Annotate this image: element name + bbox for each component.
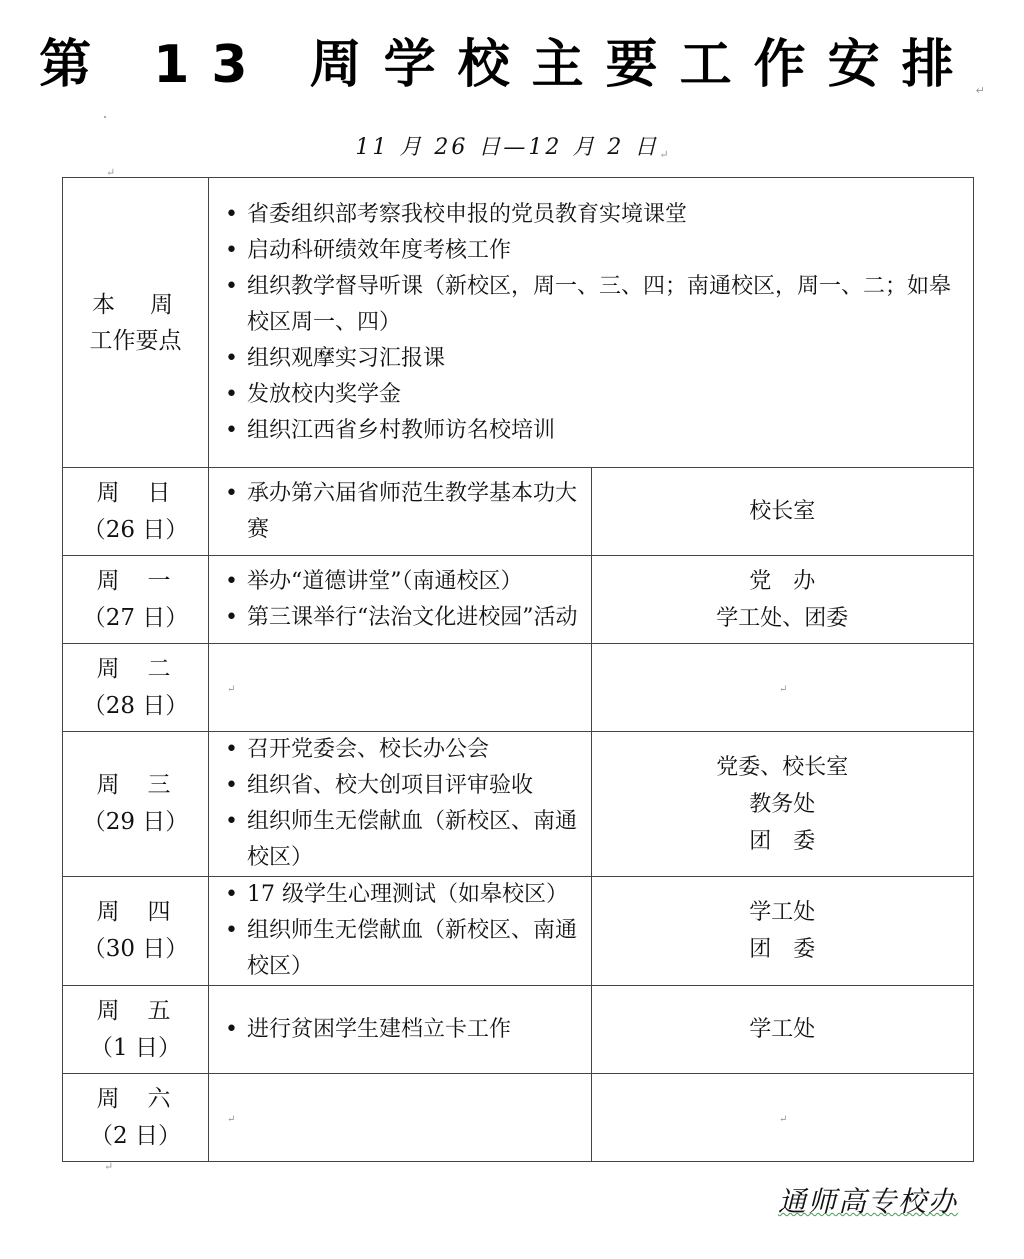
bullet-icon: • — [225, 1012, 247, 1048]
responsible-dept: 团 委 — [592, 931, 974, 968]
day-cell: 周四（30 日） — [63, 877, 209, 986]
list-item: •组织省、校大创项目评审验收 — [225, 768, 583, 804]
bullet-icon: • — [225, 804, 247, 876]
bullet-icon: • — [225, 341, 247, 377]
paragraph-mark: ↵ — [227, 684, 235, 695]
signature: 通师高专校办 — [778, 1180, 958, 1220]
responsible-dept: 党委、校长室 — [592, 749, 974, 786]
dept-cell: 校长室 — [591, 468, 974, 556]
responsible-dept: 学工处 — [592, 1011, 974, 1048]
bullet-icon: • — [225, 564, 247, 600]
focus-item: •启动科研绩效年度考核工作 — [225, 233, 965, 269]
focus-item: •组织观摩实习汇报课 — [225, 341, 965, 377]
dept-cell: 党 办学工处、团委 — [591, 556, 974, 644]
list-item: •召开党委会、校长办公会 — [225, 732, 583, 768]
day-cell: 周六（2 日） — [63, 1074, 209, 1162]
focus-items: •省委组织部考察我校申报的党员教育实境课堂•启动科研绩效年度考核工作•组织教学督… — [209, 178, 974, 468]
day-cell: 周三（29 日） — [63, 732, 209, 877]
bullet-icon: • — [225, 913, 247, 985]
bullet-icon: • — [225, 768, 247, 804]
schedule-table: 本 周 工作要点 •省委组织部考察我校申报的党员教育实境课堂•启动科研绩效年度考… — [62, 177, 974, 1162]
paragraph-mark: ↵ — [104, 1160, 113, 1173]
paragraph-mark: ↵ — [227, 1114, 235, 1125]
focus-row: 本 周 工作要点 •省委组织部考察我校申报的党员教育实境课堂•启动科研绩效年度考… — [63, 178, 974, 468]
list-item: •17 级学生心理测试（如皋校区） — [225, 877, 583, 913]
day-cell: 周五（1 日） — [63, 986, 209, 1074]
day-items: •进行贫困学生建档立卡工作 — [209, 986, 592, 1074]
responsible-dept: 党 办 — [592, 563, 974, 600]
focus-item: •发放校内奖学金 — [225, 377, 965, 413]
list-item: •第三课举行“法治文化进校园”活动 — [225, 600, 583, 636]
day-items: •举办“道德讲堂”（南通校区）•第三课举行“法治文化进校园”活动 — [209, 556, 592, 644]
bullet-icon: • — [225, 197, 247, 233]
list-item: •举办“道德讲堂”（南通校区） — [225, 564, 583, 600]
dept-cell: ↵ — [591, 1074, 974, 1162]
bullet-icon: • — [225, 476, 247, 548]
day-row: 周三（29 日）•召开党委会、校长办公会•组织省、校大创项目评审验收•组织师生无… — [63, 732, 974, 877]
list-item: •组织师生无偿献血（新校区、南通校区） — [225, 913, 583, 985]
bullet-icon: • — [225, 732, 247, 768]
responsible-dept: 学工处 — [592, 894, 974, 931]
dept-cell: 学工处 — [591, 986, 974, 1074]
list-item: •组织师生无偿献血（新校区、南通校区） — [225, 804, 583, 876]
bullet-icon: • — [225, 377, 247, 413]
date-range: 11 月 26 日—12 月 2 日↵ — [0, 130, 1024, 161]
day-row: 周一（27 日）•举办“道德讲堂”（南通校区）•第三课举行“法治文化进校园”活动… — [63, 556, 974, 644]
stray-mark — [104, 116, 106, 118]
page-title: 第 13 周学校主要工作安排↵ — [0, 22, 1024, 97]
day-row: 周四（30 日）•17 级学生心理测试（如皋校区）•组织师生无偿献血（新校区、南… — [63, 877, 974, 986]
day-row: 周日（26 日）•承办第六届省师范生教学基本功大赛校长室 — [63, 468, 974, 556]
focus-item: •组织教学督导听课（新校区，周一、三、四；南通校区，周一、二；如皋校区周一、四） — [225, 269, 965, 341]
responsible-dept: 团 委 — [592, 823, 974, 860]
bullet-icon: • — [225, 413, 247, 449]
dept-cell: 学工处团 委 — [591, 877, 974, 986]
day-row: 周二（28 日）↵↵ — [63, 644, 974, 732]
responsible-dept: 教务处 — [592, 786, 974, 823]
focus-item: •组织江西省乡村教师访名校培训 — [225, 413, 965, 449]
day-row: 周五（1 日）•进行贫困学生建档立卡工作学工处 — [63, 986, 974, 1074]
responsible-dept: 校长室 — [592, 493, 974, 530]
day-items: ↵ — [209, 1074, 592, 1162]
day-cell: 周二（28 日） — [63, 644, 209, 732]
bullet-icon: • — [225, 600, 247, 636]
day-items: ↵ — [209, 644, 592, 732]
bullet-icon: • — [225, 269, 247, 341]
paragraph-mark: ↵ — [779, 684, 787, 695]
day-items: •承办第六届省师范生教学基本功大赛 — [209, 468, 592, 556]
list-item: •进行贫困学生建档立卡工作 — [225, 1012, 583, 1048]
bullet-icon: • — [225, 877, 247, 913]
responsible-dept: 学工处、团委 — [592, 600, 974, 637]
day-cell: 周一（27 日） — [63, 556, 209, 644]
day-items: •召开党委会、校长办公会•组织省、校大创项目评审验收•组织师生无偿献血（新校区、… — [209, 732, 592, 877]
day-items: •17 级学生心理测试（如皋校区）•组织师生无偿献血（新校区、南通校区） — [209, 877, 592, 986]
day-cell: 周日（26 日） — [63, 468, 209, 556]
paragraph-mark: ↵ — [779, 1114, 787, 1125]
list-item: •承办第六届省师范生教学基本功大赛 — [225, 476, 583, 548]
bullet-icon: • — [225, 233, 247, 269]
dept-cell: 党委、校长室教务处团 委 — [591, 732, 974, 877]
focus-item: •省委组织部考察我校申报的党员教育实境课堂 — [225, 197, 965, 233]
dept-cell: ↵ — [591, 644, 974, 732]
day-row: 周六（2 日）↵↵ — [63, 1074, 974, 1162]
focus-label: 本 周 工作要点 — [63, 178, 209, 468]
